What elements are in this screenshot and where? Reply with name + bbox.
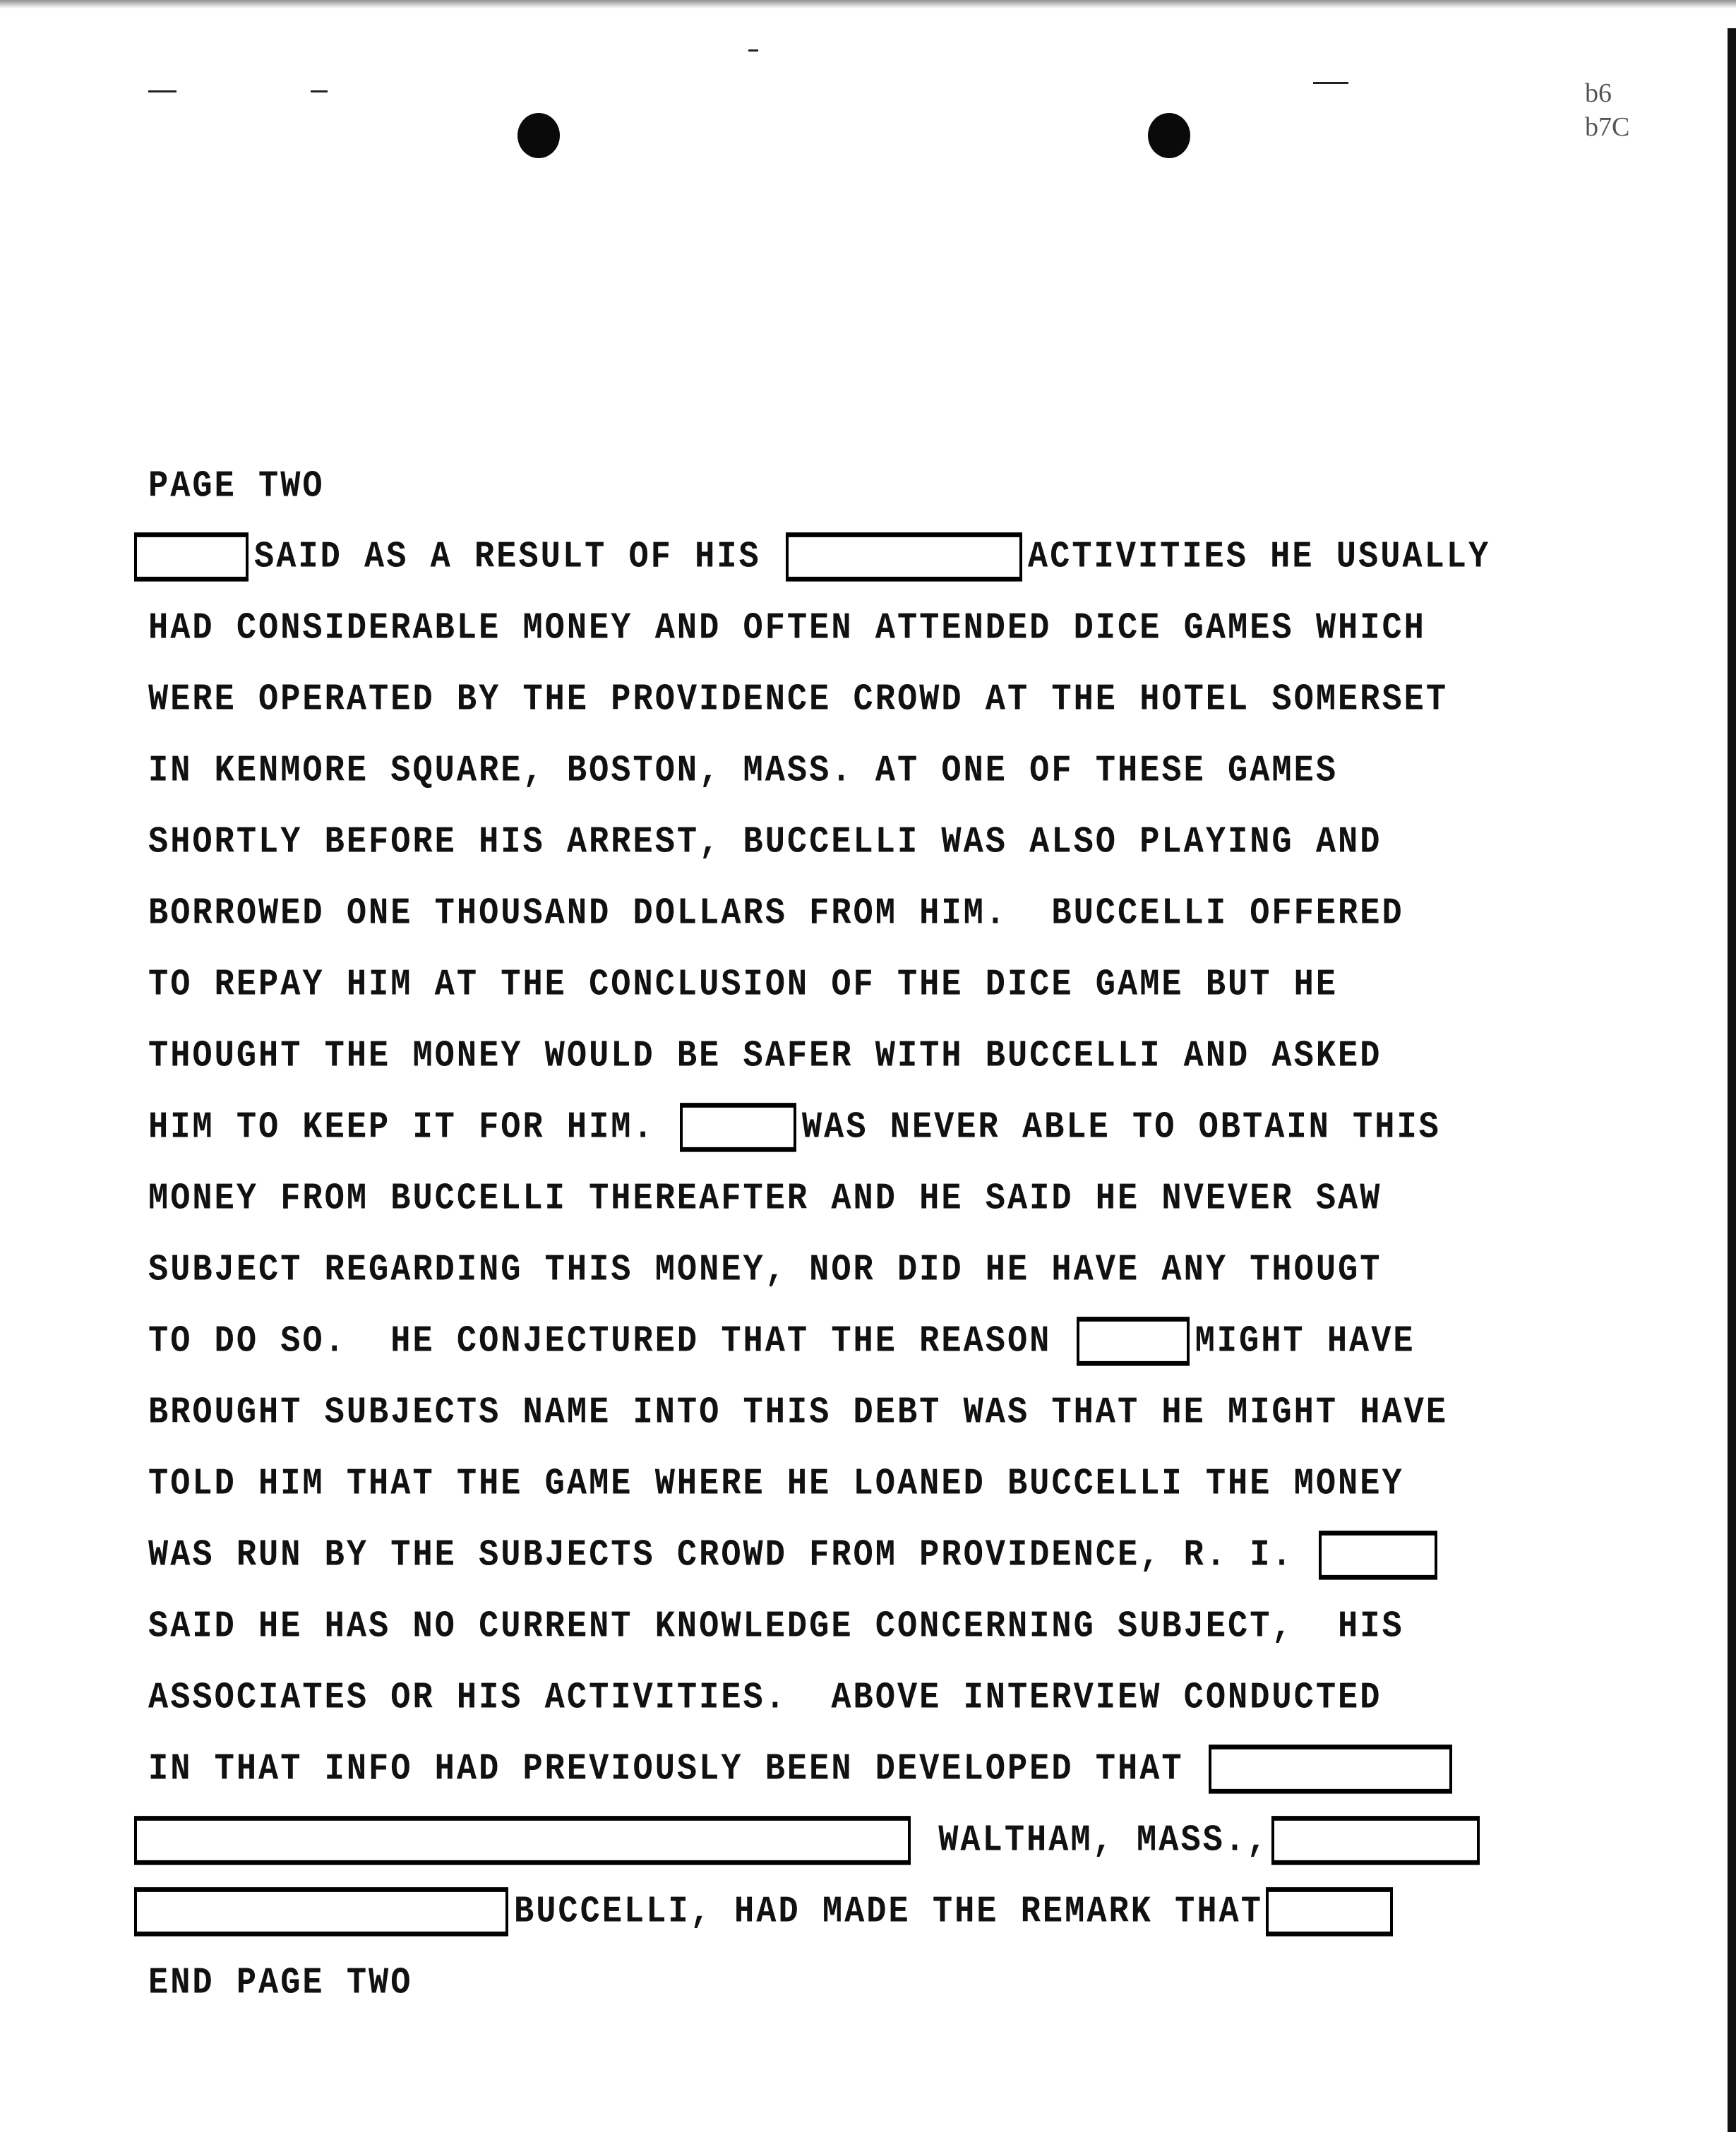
line-text: WALTHAM, MASS.,	[916, 1820, 1269, 1862]
line-text: SAID HE HAS NO CURRENT KNOWLEDGE CONCERN…	[148, 1606, 1404, 1648]
text-line: MONEY FROM BUCCELLI THEREAFTER AND HE SA…	[148, 1168, 1382, 1231]
redaction-box	[1077, 1317, 1190, 1365]
text-line: TO DO SO. HE CONJECTURED THAT THE REASON…	[148, 1310, 1415, 1374]
line-text: TO REPAY HIM AT THE CONCLUSION OF THE DI…	[148, 964, 1338, 1006]
line-text: IN THAT INFO HAD PREVIOUSLY BEEN DEVELOP…	[148, 1749, 1206, 1790]
redaction-box	[1319, 1531, 1437, 1579]
line-text: ASSOCIATES OR HIS ACTIVITIES. ABOVE INTE…	[148, 1677, 1382, 1719]
line-text: MONEY FROM BUCCELLI THEREAFTER AND HE SA…	[148, 1178, 1382, 1220]
line-text: BROUGHT SUBJECTS NAME INTO THIS DEBT WAS…	[148, 1392, 1448, 1434]
exemption-b7c: b7C	[1585, 110, 1629, 144]
text-line: TO REPAY HIM AT THE CONCLUSION OF THE DI…	[148, 954, 1338, 1017]
text-line: SAID AS A RESULT OF HIS ACTIVITIES HE US…	[134, 526, 1490, 590]
exemption-b6: b6	[1585, 76, 1629, 110]
punch-hole-left	[517, 113, 560, 158]
text-line: WAS RUN BY THE SUBJECTS CROWD FROM PROVI…	[148, 1524, 1443, 1588]
line-text: ACTIVITIES HE USUALLY	[1028, 537, 1490, 578]
scan-speck	[748, 49, 758, 52]
scan-top-edge	[0, 0, 1736, 8]
line-text: HAD CONSIDERABLE MONEY AND OFTEN ATTENDE…	[148, 608, 1426, 650]
redaction-box	[1266, 1887, 1393, 1936]
page-footer: END PAGE TWO	[148, 1952, 412, 2016]
redaction-box	[134, 1887, 508, 1936]
line-text: WERE OPERATED BY THE PROVIDENCE CROWD AT…	[148, 679, 1448, 721]
redaction-box	[134, 1816, 911, 1865]
text-line: SAID HE HAS NO CURRENT KNOWLEDGE CONCERN…	[148, 1596, 1404, 1659]
text-line: SUBJECT REGARDING THIS MONEY, NOR DID HE…	[148, 1239, 1382, 1303]
text-line: THOUGHT THE MONEY WOULD BE SAFER WITH BU…	[148, 1025, 1382, 1089]
text-line: WALTHAM, MASS.,	[134, 1809, 1485, 1873]
scan-speck	[311, 90, 328, 92]
page-header: PAGE TWO	[148, 455, 325, 519]
text-line: ASSOCIATES OR HIS ACTIVITIES. ABOVE INTE…	[148, 1667, 1382, 1730]
line-text: IN KENMORE SQUARE, BOSTON, MASS. AT ONE …	[148, 750, 1338, 792]
scan-speck	[1313, 82, 1348, 84]
redaction-box	[1271, 1816, 1480, 1865]
line-text: THOUGHT THE MONEY WOULD BE SAFER WITH BU…	[148, 1036, 1382, 1077]
scan-speck	[148, 90, 176, 92]
line-text: TO DO SO. HE CONJECTURED THAT THE REASON	[148, 1321, 1074, 1363]
text-line: HIM TO KEEP IT FOR HIM. WAS NEVER ABLE T…	[148, 1096, 1441, 1160]
text-line: IN KENMORE SQUARE, BOSTON, MASS. AT ONE …	[148, 740, 1338, 803]
line-text: BORROWED ONE THOUSAND DOLLARS FROM HIM. …	[148, 893, 1404, 935]
text-line: BUCCELLI, HAD MADE THE REMARK THAT	[134, 1881, 1399, 1944]
text-line: TOLD HIM THAT THE GAME WHERE HE LOANED B…	[148, 1453, 1404, 1516]
text-line: IN THAT INFO HAD PREVIOUSLY BEEN DEVELOP…	[148, 1738, 1458, 1802]
line-text: WAS RUN BY THE SUBJECTS CROWD FROM PROVI…	[148, 1535, 1316, 1576]
line-text: HIM TO KEEP IT FOR HIM.	[148, 1107, 677, 1149]
text-line: SHORTLY BEFORE HIS ARREST, BUCCELLI WAS …	[148, 811, 1382, 875]
text-line: BROUGHT SUBJECTS NAME INTO THIS DEBT WAS…	[148, 1382, 1448, 1445]
redaction-box	[1209, 1745, 1452, 1793]
line-text: SHORTLY BEFORE HIS ARREST, BUCCELLI WAS …	[148, 822, 1382, 863]
line-text: SAID AS A RESULT OF HIS	[254, 537, 783, 578]
line-text: TOLD HIM THAT THE GAME WHERE HE LOANED B…	[148, 1464, 1404, 1505]
line-text: SUBJECT REGARDING THIS MONEY, NOR DID HE…	[148, 1250, 1382, 1291]
redaction-box	[134, 532, 249, 581]
scan-right-edge	[1728, 28, 1736, 2132]
line-text: BUCCELLI, HAD MADE THE REMARK THAT	[514, 1891, 1263, 1933]
line-text: WAS NEVER ABLE TO OBTAIN THIS	[802, 1107, 1441, 1149]
text-line: HAD CONSIDERABLE MONEY AND OFTEN ATTENDE…	[148, 597, 1426, 661]
punch-hole-right	[1148, 113, 1190, 158]
line-text: MIGHT HAVE	[1195, 1321, 1415, 1363]
redaction-box	[786, 532, 1022, 581]
text-line: WERE OPERATED BY THE PROVIDENCE CROWD AT…	[148, 669, 1448, 732]
foia-exemption-codes: b6 b7C	[1585, 76, 1629, 144]
redaction-box	[680, 1103, 796, 1151]
text-line: BORROWED ONE THOUSAND DOLLARS FROM HIM. …	[148, 882, 1404, 946]
